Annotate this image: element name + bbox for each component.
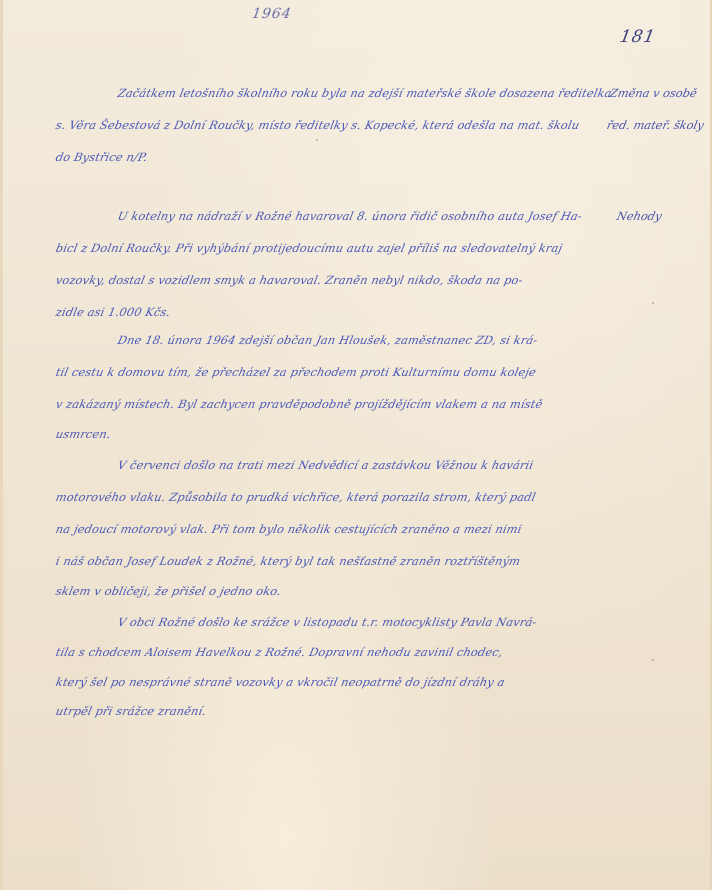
entry-2-line-3: vozovky, dostal s vozidlem smyk a havaro…	[55, 273, 525, 287]
entry-1-line-2: s. Věra Šebestová z Dolní Roučky, místo …	[55, 118, 581, 132]
entry-4-line-2: motorového vlaku. Způsobila to prudká vi…	[55, 490, 538, 504]
margin-note-accidents: Nehody	[616, 209, 664, 223]
entry-3-line-2: til cestu k domovu tím, že přecházel za …	[55, 365, 538, 379]
entry-4-line-3: na jedoucí motorový vlak. Při tom bylo n…	[55, 522, 524, 536]
margin-note-staff-change-1: Změna v osobě	[609, 86, 699, 100]
paper-speck	[652, 302, 654, 304]
paper-speck	[652, 659, 654, 661]
entry-4-line-4: i náš občan Josef Loudek z Rožné, který …	[55, 554, 522, 568]
page-number: 181	[618, 27, 657, 47]
entry-5-line-1: V obci Rožné došlo ke srážce v listopadu…	[117, 615, 538, 629]
entry-3-line-1: Dne 18. února 1964 zdejší občan Jan Hlou…	[117, 333, 539, 347]
paper-speck	[316, 139, 318, 141]
entry-5-line-4: utrpěl při srážce zranění.	[55, 704, 208, 718]
entry-1-line-3: do Bystřice n/P.	[55, 150, 149, 164]
entry-2-line-2: bicl z Dolní Roučky. Při vyhýbání protij…	[55, 241, 564, 255]
entry-4-line-1: V červenci došlo na trati mezi Nedvědicí…	[117, 458, 535, 472]
entry-2-line-1: U kotelny na nádraží v Rožné havaroval 8…	[117, 209, 584, 223]
chronicle-page: 1964 181 Začátkem letošního školního rok…	[0, 0, 712, 890]
page-year: 1964	[251, 6, 293, 22]
entry-5-line-3: který šel po nesprávné straně vozovky a …	[55, 675, 507, 689]
entry-2-line-4: zidle asi 1.000 Kčs.	[55, 305, 172, 319]
entry-3-line-4: usmrcen.	[55, 427, 113, 441]
entry-1-line-1: Začátkem letošního školního roku byla na…	[117, 86, 614, 100]
margin-note-staff-change-2: řed. mateř. školy	[606, 118, 706, 132]
entry-3-line-3: v zakázaný místech. Byl zachycen pravděp…	[55, 397, 544, 411]
entry-5-line-2: tila s chodcem Aloisem Havelkou z Rožné.…	[55, 645, 505, 659]
entry-4-line-5: sklem v obličeji, že přišel o jedno oko.	[55, 584, 283, 598]
